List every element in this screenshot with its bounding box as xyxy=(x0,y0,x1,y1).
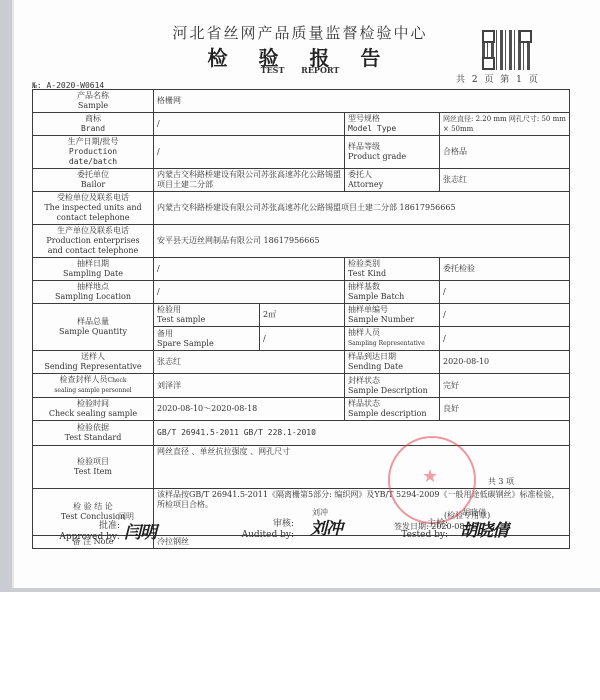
table-row: 检验项目Test Item 网丝直径 、单丝抗拉强度 、网孔尺寸 共 3 项 xyxy=(33,446,570,489)
table-row: 生产单位及联系电话Production enterprisesand conta… xyxy=(33,225,570,258)
table-row: 检验时间Check sealing sample 2020-08-10～2020… xyxy=(33,398,570,421)
qr-corner xyxy=(482,57,495,70)
production-date-label: 生产日期/批号Productiondate/batch xyxy=(33,136,154,169)
product-grade-label: 样品等级Product grade xyxy=(345,136,440,169)
sample-batch-value: / xyxy=(440,281,570,304)
bailor-value: 内蒙古交科路桥建设有限公司苏张高速苏化公路锡盟项目土建二分部 xyxy=(154,169,345,192)
attorney-value: 张志红 xyxy=(440,169,570,192)
seal-description-value: 完好 xyxy=(440,374,570,398)
production-date-value: / xyxy=(154,136,345,169)
brand-label: 商标Brand xyxy=(33,113,154,136)
sampling-date-label: 抽样日期Sampling Date xyxy=(33,258,154,281)
sending-date-label: 样品到达日期Sending Date xyxy=(345,351,440,374)
approved-by-signature: 闫明 xyxy=(124,518,156,543)
inspected-units-value: 内蒙古交科路桥建设有限公司苏张高速苏化公路锡盟项目土建二分部 186179566… xyxy=(154,192,570,225)
test-sample-label: 检验用Test sample xyxy=(154,304,260,327)
sample-description-label: 样品状态Sample description xyxy=(345,398,440,421)
brand-value: / xyxy=(154,113,345,136)
bailor-label: 委托单位Bailor xyxy=(33,169,154,192)
sample-description-value: 良好 xyxy=(440,398,570,421)
test-kind-value: 委托检验 xyxy=(440,258,570,281)
test-standard-label: 检验依据Test Standard xyxy=(33,421,154,446)
audited-by-signature: 刘冲 xyxy=(310,514,342,539)
product-grade-value: 合格品 xyxy=(440,136,570,169)
page-count: 共 2 页 第 1 页 xyxy=(456,72,538,85)
attorney-label: 委托人Attorney xyxy=(345,169,440,192)
table-row: 产品名称Sample 格栅网 xyxy=(33,90,570,113)
table-row: 生产日期/批号Productiondate/batch / 样品等级Produc… xyxy=(33,136,570,169)
approved-by-label: 批准:Approved by: xyxy=(40,521,120,543)
sampling-location-value: / xyxy=(154,281,345,304)
test-conclusion-text: 该样品按GB/T 26941.5-2011《隔离栅第5部分: 编织网》及YB/T… xyxy=(157,490,559,509)
sample-number-label: 抽样单编号Sample Number xyxy=(345,304,440,327)
test-item-text: 网丝直径 、单丝抗拉强度 、网孔尺寸 xyxy=(157,447,290,456)
sending-representative-label: 送样人Sending Representative xyxy=(33,351,154,374)
report-table: 产品名称Sample 格栅网 商标Brand / 型号规格Model Type … xyxy=(32,89,570,549)
seal-description-label: 封样状态Sample Description xyxy=(345,374,440,398)
sampling-location-label: 抽样地点Sampling Location xyxy=(33,281,154,304)
test-kind-label: 检验类别Test Kind xyxy=(345,258,440,281)
spare-sample-value: / xyxy=(260,327,345,351)
table-row: 商标Brand / 型号规格Model Type 网丝直径: 2.20 mm 网… xyxy=(33,113,570,136)
test-item-count: 共 3 项 xyxy=(488,477,514,487)
test-standard-value: GB/T 26941.5-2011 GB/T 228.1-2010 xyxy=(154,421,570,446)
sampling-representative-value: / xyxy=(440,327,570,351)
table-row: 抽样地点Sampling Location / 抽样基数Sample Batch… xyxy=(33,281,570,304)
table-row: 样品总量Sample Quantity 检验用Test sample 2㎡ 抽样… xyxy=(33,304,570,327)
tested-by-signature: 胡晓倩 xyxy=(460,516,508,541)
check-sealing-personnel-value: 刘泽洋 xyxy=(154,374,345,398)
sample-quantity-label: 样品总量Sample Quantity xyxy=(33,304,154,351)
table-row: 委托单位Bailor 内蒙古交科路桥建设有限公司苏张高速苏化公路锡盟项目土建二分… xyxy=(33,169,570,192)
sending-date-value: 2020-08-10 xyxy=(440,351,570,374)
qr-code-icon xyxy=(482,30,532,70)
sampling-representative-label: 抽样人员Sampling Representative xyxy=(345,327,440,351)
production-enterprises-value: 安平县天迈丝网制品有限公司 18617956665 xyxy=(154,225,570,258)
model-type-value: 网丝直径: 2.20 mm 网孔尺寸: 50 mm × 50mm xyxy=(440,113,570,136)
sample-label: 产品名称Sample xyxy=(33,90,154,113)
table-row: 检查封样人员Checksealing sample personnel 刘泽洋 … xyxy=(33,374,570,398)
production-enterprises-label: 生产单位及联系电话Production enterprisesand conta… xyxy=(33,225,154,258)
sending-representative-value: 张志红 xyxy=(154,351,345,374)
test-sample-value: 2㎡ xyxy=(260,304,345,327)
check-time-value: 2020-08-10～2020-08-18 xyxy=(154,398,345,421)
table-row: 受检单位及联系电话The inspected units andcontact … xyxy=(33,192,570,225)
sample-batch-label: 抽样基数Sample Batch xyxy=(345,281,440,304)
inspected-units-label: 受检单位及联系电话The inspected units andcontact … xyxy=(33,192,154,225)
test-item-label: 检验项目Test Item xyxy=(33,446,154,489)
table-row: 送样人Sending Representative 张志红 样品到达日期Send… xyxy=(33,351,570,374)
table-row: 检验依据Test Standard GB/T 26941.5-2011 GB/T… xyxy=(33,421,570,446)
test-item-value: 网丝直径 、单丝抗拉强度 、网孔尺寸 共 3 项 xyxy=(154,446,570,489)
audited-by-label: 审核:Audited by: xyxy=(216,519,294,541)
spare-sample-label: 备用Spare Sample xyxy=(154,327,260,351)
sample-value: 格栅网 xyxy=(154,90,570,113)
sampling-date-value: / xyxy=(154,258,345,281)
sample-number-value: / xyxy=(440,304,570,327)
check-time-label: 检验时间Check sealing sample xyxy=(33,398,154,421)
tested-by-label: 主检:Tested by: xyxy=(380,519,448,541)
check-sealing-personnel-label: 检查封样人员Checksealing sample personnel xyxy=(33,374,154,398)
model-type-label: 型号规格Model Type xyxy=(345,113,440,136)
table-row: 抽样日期Sampling Date / 检验类别Test Kind 委托检验 xyxy=(33,258,570,281)
